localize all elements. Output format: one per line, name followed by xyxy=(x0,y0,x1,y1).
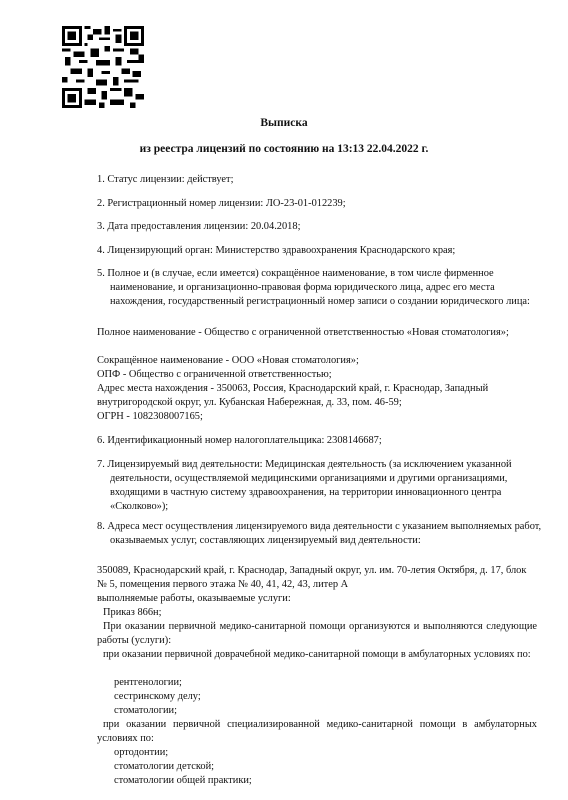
document-title: Выписка xyxy=(0,117,568,129)
item-organization-heading: 5. Полное и (в случае, если имеется) сок… xyxy=(97,267,550,309)
org-address: Адрес места нахождения - 350063, Россия,… xyxy=(97,382,537,410)
specialized-service-1: ортодонтии; xyxy=(114,746,554,760)
order-reference: Приказ 866н; xyxy=(103,606,537,620)
item-registration-number: 2. Регистрационный номер лицензии: ЛО-23… xyxy=(97,197,537,211)
item-activity-addresses: 8. Адреса мест осуществления лицензируем… xyxy=(97,520,550,548)
qr-code xyxy=(62,22,144,112)
prevrach-care-heading: при оказании первичной доврачебной медик… xyxy=(97,648,537,662)
prevrach-service-1: рентгенологии; xyxy=(114,676,554,690)
document-subtitle: из реестра лицензий по состоянию на 13:1… xyxy=(0,143,568,155)
site-address: 350089, Краснодарский край, г. Краснодар… xyxy=(97,564,537,592)
primary-care-intro: При оказании первичной медико-санитарной… xyxy=(97,620,537,648)
works-label: выполняемые работы, оказываемые услуги: xyxy=(97,592,537,606)
org-legal-form: ОПФ - Общество с ограниченной ответствен… xyxy=(97,368,537,382)
prevrach-service-3: стоматологии; xyxy=(114,704,554,718)
item-inn: 6. Идентификационный номер налогоплатель… xyxy=(97,434,537,448)
org-ogrn: ОГРН - 1082308007165; xyxy=(97,410,537,424)
specialized-care-heading: при оказании первичной специализированно… xyxy=(97,718,537,746)
org-full-name: Полное наименование - Общество с огранич… xyxy=(97,326,537,340)
item-license-status: 1. Статус лицензии: действует; xyxy=(97,173,537,187)
item-licensing-authority: 4. Лицензирующий орган: Министерство здр… xyxy=(97,244,537,258)
specialized-service-3: стоматологии общей практики; xyxy=(114,774,554,788)
prevrach-service-2: сестринскому делу; xyxy=(114,690,554,704)
item-license-date: 3. Дата предоставления лицензии: 20.04.2… xyxy=(97,220,537,234)
specialized-service-2: стоматологии детской; xyxy=(114,760,554,774)
item-activity-type: 7. Лицензируемый вид деятельности: Медиц… xyxy=(97,458,550,514)
org-short-name: Сокращённое наименование - ООО «Новая ст… xyxy=(97,354,537,368)
